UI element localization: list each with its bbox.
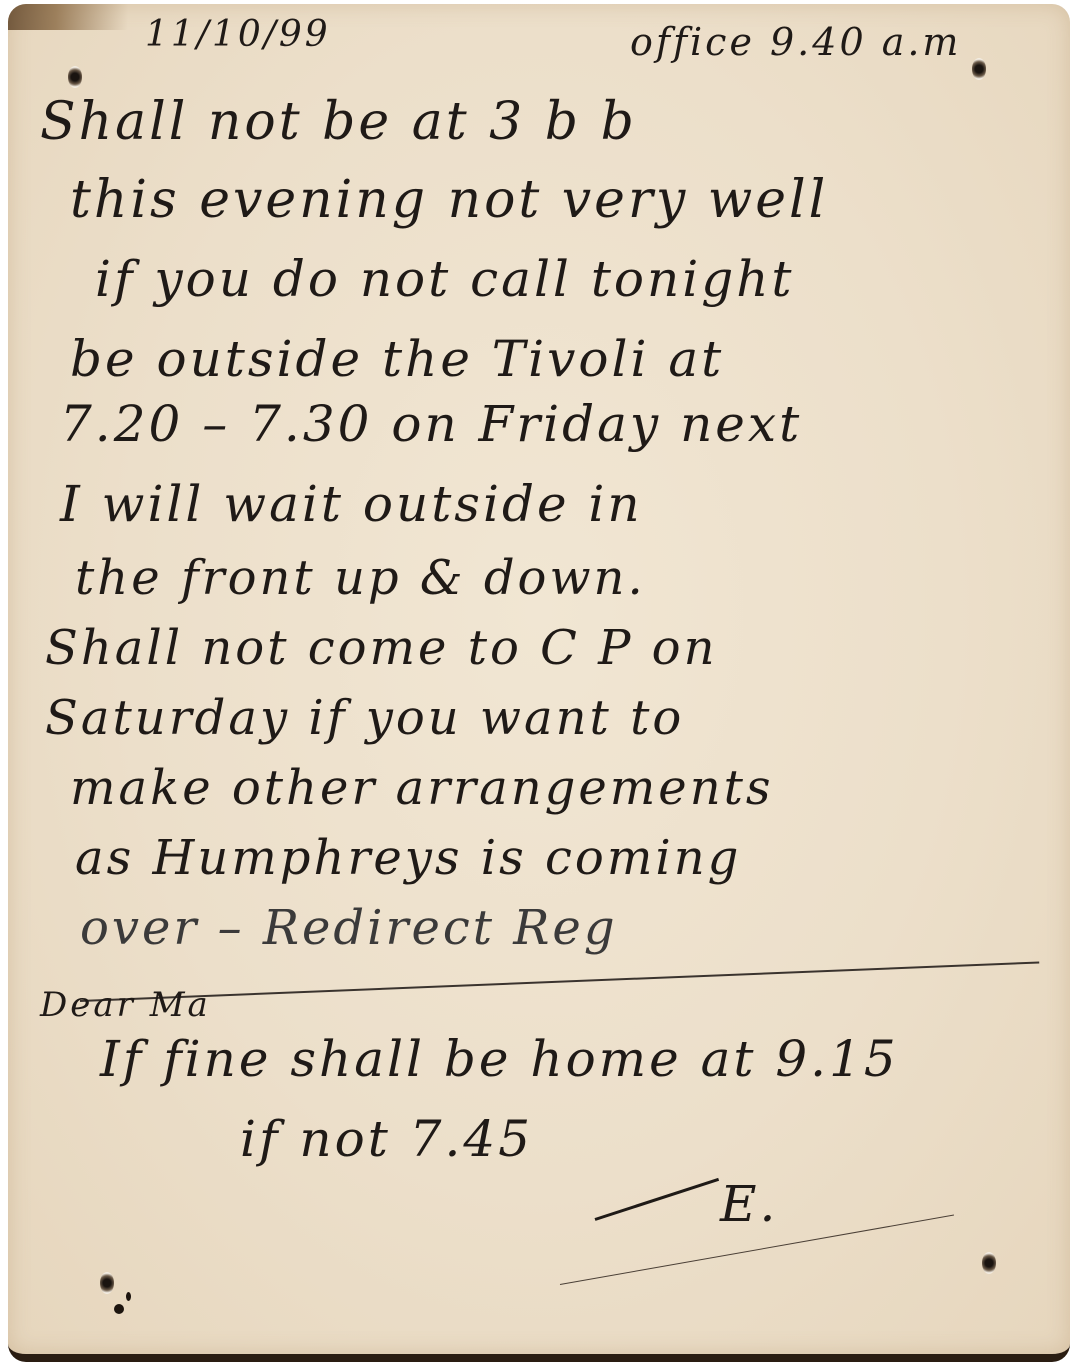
message-line: if not 7.45 [240, 1110, 533, 1168]
message-line: If fine shall be home at 9.15 [100, 1030, 899, 1088]
location-time: office 9.40 a.m [630, 20, 961, 64]
message-line: Saturday if you want to [45, 690, 684, 746]
message-line: be outside the Tivoli at [70, 330, 724, 388]
date: 11/10/99 [145, 14, 331, 55]
pin-hole-bottom-right [982, 1252, 996, 1274]
message-line: if you do not call tonight [95, 250, 795, 308]
ink-blot [114, 1304, 124, 1314]
message-line-signature: over – Redirect Reg [80, 900, 618, 956]
message-line: Shall not come to C P on [45, 620, 718, 676]
pin-hole-top-right [972, 58, 986, 80]
pin-hole-top-left [68, 66, 82, 88]
message-line: I will wait outside in [60, 475, 643, 533]
message-line: this evening not very well [70, 170, 828, 230]
message-line: Shall not be at 3 b b [40, 92, 637, 152]
signature: E. [720, 1175, 778, 1233]
message-line: the front up & down. [75, 550, 646, 606]
corner-stain [8, 4, 128, 30]
message-line: 7.20 – 7.30 on Friday next [60, 395, 802, 453]
message-line: make other arrangements [70, 760, 774, 816]
message-line: as Humphreys is coming [75, 830, 741, 886]
pin-hole-bottom-left [100, 1272, 114, 1294]
ink-blot [126, 1292, 131, 1301]
salutation: Dear Ma [40, 985, 211, 1025]
